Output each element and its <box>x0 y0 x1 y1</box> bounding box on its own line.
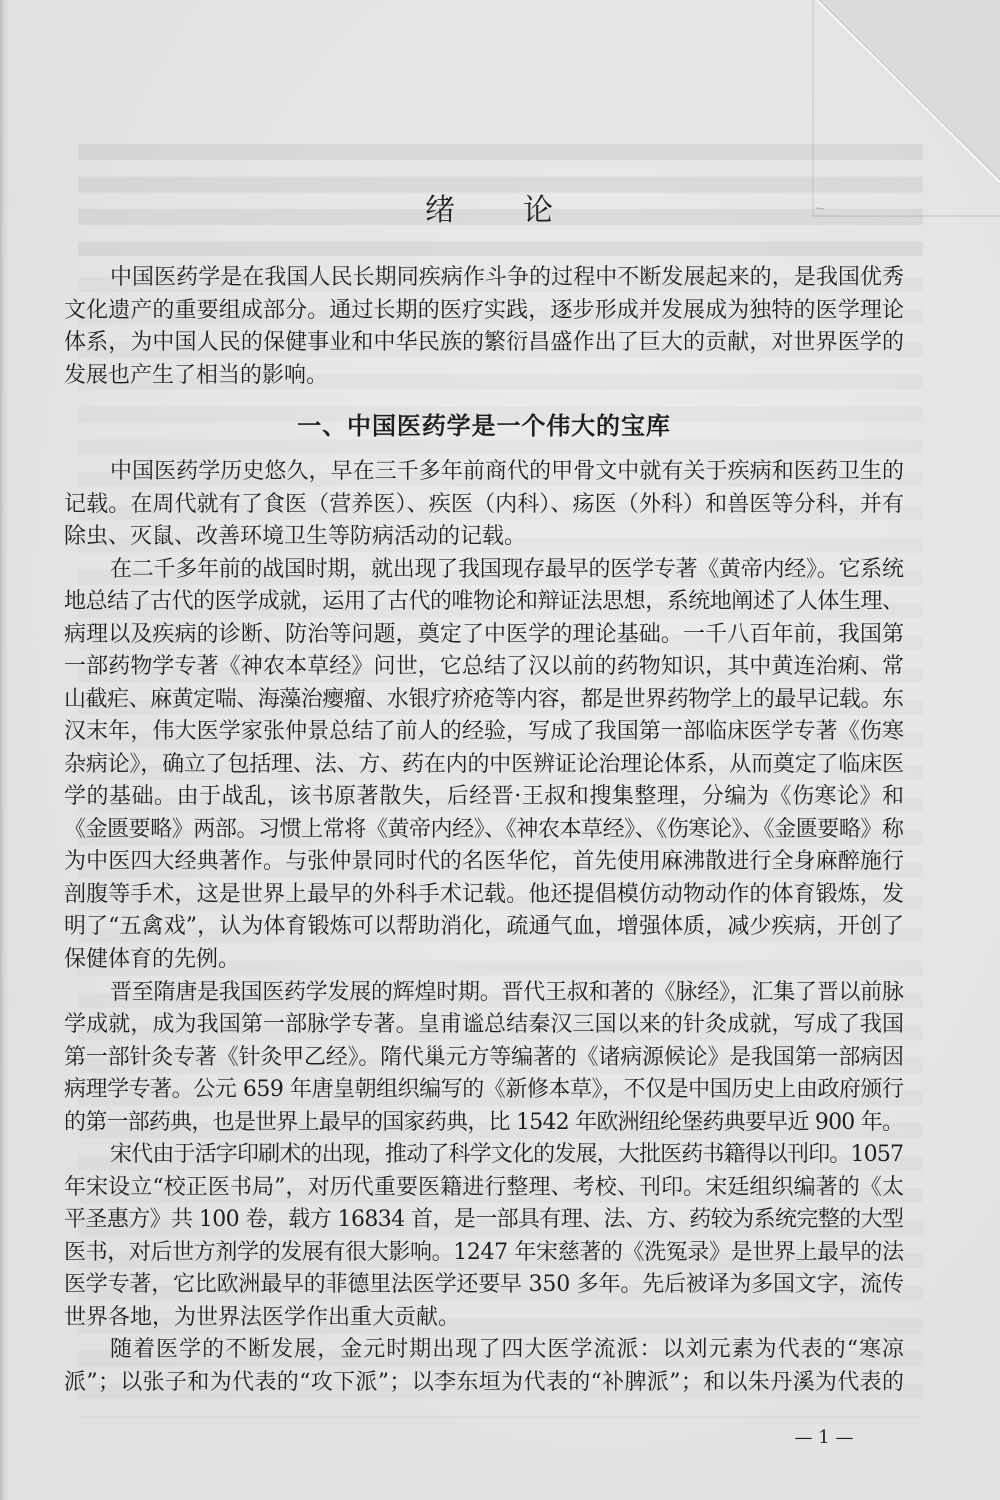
line-text: 年宋设立“校正医书局”，对历代重要医籍进行整理、考校、刊印。宋廷组织编著的《太 <box>64 1172 904 1205</box>
line-text: 第一部针灸专著《针灸甲乙经》。隋代巢元方等编著的《诸病源候论》是我国第一部病因 <box>64 1042 904 1075</box>
text-line: 医书，对后世方剂学的发展有很大影响。1247 年宋慈著的《洗冤录》是世界上最早的… <box>64 1237 904 1270</box>
body-paragraph: 中国医药学历史悠久，早在三千多年前商代的甲骨文中就有关于疾病和医药卫生的 记载。… <box>64 456 904 554</box>
text-line: 保健体育的先例。 <box>64 944 904 977</box>
line-text: 派”；以张子和为代表的“攻下派”；以李东垣为代表的“补脾派”；和以朱丹溪为代表的 <box>64 1367 904 1400</box>
line-text: 剖腹等手术，这是世界上最早的外科手术记载。他还提倡模仿动物动作的体育锻炼，发 <box>64 879 904 912</box>
line-text: 杂病论》，确立了包括理、法、方、药在内的中医辨证论治理论体系，从而奠定了临床医 <box>64 749 904 782</box>
text-line: 剖腹等手术，这是世界上最早的外科手术记载。他还提倡模仿动物动作的体育锻炼，发 <box>64 879 904 912</box>
line-text: 病理学专著。公元 659 年唐皇朝组织编写的《新修本草》，不仅是中国历史上由政府… <box>64 1074 904 1107</box>
text-line: 病理以及疾病的诊断、防治等问题，奠定了中医学的理论基础。一千八百年前，我国第 <box>64 619 904 652</box>
text-line: 为中医四大经典著作。与张仲景同时代的名医华佗，首先使用麻沸散进行全身麻醉施行 <box>64 846 904 879</box>
text-line: 学成就，成为我国第一部脉学专著。皇甫谧总结秦汉三国以来的针灸成就，写成了我国 <box>64 1009 904 1042</box>
line-text: 学成就，成为我国第一部脉学专著。皇甫谧总结秦汉三国以来的针灸成就，写成了我国 <box>64 1009 904 1042</box>
text-line: 学的基础。由于战乱，该书原著散失，后经晋·王叔和搜集整理，分编为《伤寒论》和 <box>64 781 904 814</box>
text-line: 医学专著，它比欧洲最早的菲德里法医学还要早 350 多年。先后被译为多国文字，流… <box>64 1269 904 1302</box>
text-line: 《金匮要略》两部。习惯上常将《黄帝内经》、《神农本草经》、《伤寒论》、《金匮要略… <box>64 814 904 847</box>
intro-paragraph: 中国医药学是在我国人民长期同疾病作斗争的过程中不断发展起来的，是我国优秀 文化遗… <box>64 262 904 392</box>
text-line: 杂病论》，确立了包括理、法、方、药在内的中医辨证论治理论体系，从而奠定了临床医 <box>64 749 904 782</box>
text-line: 发展也产生了相当的影响。 <box>64 360 904 393</box>
text-line: 记载。在周代就有了食医（营养医）、疾医（内科）、疡医（外科）和兽医等分科，并有 <box>64 489 904 522</box>
text-line: 体系，为中国人民的保健事业和中华民族的繁衍昌盛作出了巨大的贡献，对世界医学的 <box>64 327 904 360</box>
page-title: 绪 论 <box>425 196 572 226</box>
section-heading: 一、中国医药学是一个伟大的宝库 <box>64 413 904 439</box>
line-text: 宋代由于活字印刷术的出现，推动了科学文化的发展，大批医药书籍得以刊印。1057 <box>110 1139 903 1172</box>
line-text: 一部药物学专著《神农本草经》问世，它总结了汉以前的药物知识，其中黄连治痢、常 <box>64 651 904 684</box>
line-text: 文化遗产的重要组成部分。通过长期的医疗实践，逐步形成并发展成为独特的医学理论 <box>64 295 904 328</box>
line-text: 世界各地，为世界法医学作出重大贡献。 <box>64 1302 460 1335</box>
line-text: 除虫、灭鼠、改善环境卫生等防病活动的记载。 <box>64 521 526 554</box>
line-text: 发展也产生了相当的影响。 <box>64 360 328 393</box>
line-text: 汉末年，伟大医学家张仲景总结了前人的经验，写成了我国第一部临床医学专著《伤寒 <box>64 716 904 749</box>
line-text: 学的基础。由于战乱，该书原著散失，后经晋·王叔和搜集整理，分编为《伤寒论》和 <box>64 781 905 814</box>
text-line: 晋至隋唐是我国医药学发展的辉煌时期。晋代王叔和著的《脉经》，汇集了晋以前脉 <box>64 977 904 1010</box>
text-line: 病理学专著。公元 659 年唐皇朝组织编写的《新修本草》，不仅是中国历史上由政府… <box>64 1074 904 1107</box>
line-text: 医学专著，它比欧洲最早的菲德里法医学还要早 350 多年。先后被译为多国文字，流… <box>64 1269 904 1302</box>
text-line: 的第一部药典，也是世界上最早的国家药典，比 1542 年欧洲纽纶堡药典要早近 9… <box>64 1107 904 1140</box>
line-text: 病理以及疾病的诊断、防治等问题，奠定了中医学的理论基础。一千八百年前，我国第 <box>64 619 904 652</box>
text-line: 明了“五禽戏”，认为体育锻炼可以帮助消化，疏通气血，增强体质，减少疾病，开创了 <box>64 911 904 944</box>
line-text: 中国医药学历史悠久，早在三千多年前商代的甲骨文中就有关于疾病和医药卫生的 <box>110 456 904 489</box>
text-line: 中国医药学是在我国人民长期同疾病作斗争的过程中不断发展起来的，是我国优秀 <box>64 262 904 295</box>
line-text: 医书，对后世方剂学的发展有很大影响。1247 年宋慈著的《洗冤录》是世界上最早的… <box>64 1237 904 1270</box>
text-line: 中国医药学历史悠久，早在三千多年前商代的甲骨文中就有关于疾病和医药卫生的 <box>64 456 904 489</box>
page-number: — 1 — <box>788 1427 860 1449</box>
section-body: 中国医药学历史悠久，早在三千多年前商代的甲骨文中就有关于疾病和医药卫生的 记载。… <box>64 456 904 1399</box>
text-line: 在二千多年前的战国时期，就出现了我国现存最早的医学专著《黄帝内经》。它系统 <box>64 554 904 587</box>
line-text: 体系，为中国人民的保健事业和中华民族的繁衍昌盛作出了巨大的贡献，对世界医学的 <box>64 327 904 360</box>
text-line: 派”；以张子和为代表的“攻下派”；以李东垣为代表的“补脾派”；和以朱丹溪为代表的 <box>64 1367 904 1400</box>
text-line: 地总结了古代的医学成就，运用了古代的唯物论和辩证法思想，系统地阐述了人体生理、 <box>64 586 904 619</box>
body-paragraph: 宋代由于活字印刷术的出现，推动了科学文化的发展，大批医药书籍得以刊印。1057 … <box>64 1139 904 1334</box>
text-line: 一部药物学专著《神农本草经》问世，它总结了汉以前的药物知识，其中黄连治痢、常 <box>64 651 904 684</box>
line-text: 晋至隋唐是我国医药学发展的辉煌时期。晋代王叔和著的《脉经》，汇集了晋以前脉 <box>110 977 904 1010</box>
line-text: 随着医学的不断发展，金元时期出现了四大医学流派：以刘元素为代表的“寒凉 <box>110 1334 905 1367</box>
line-text: 平圣惠方》共 100 卷，载方 16834 首，是一部具有理、法、方、药较为系统… <box>64 1204 903 1237</box>
text-line: 平圣惠方》共 100 卷，载方 16834 首，是一部具有理、法、方、药较为系统… <box>64 1204 904 1237</box>
line-text: 保健体育的先例。 <box>64 944 240 977</box>
text-line: 除虫、灭鼠、改善环境卫生等防病活动的记载。 <box>64 521 904 554</box>
body-paragraph: 晋至隋唐是我国医药学发展的辉煌时期。晋代王叔和著的《脉经》，汇集了晋以前脉 学成… <box>64 977 904 1140</box>
scanned-book-page: { "page": { "title": "绪 论", "intro": { "… <box>0 0 1000 1500</box>
text-line: 宋代由于活字印刷术的出现，推动了科学文化的发展，大批医药书籍得以刊印。1057 <box>64 1139 904 1172</box>
body-paragraph: 随着医学的不断发展，金元时期出现了四大医学流派：以刘元素为代表的“寒凉 派”；以… <box>64 1334 904 1399</box>
text-line: 文化遗产的重要组成部分。通过长期的医疗实践，逐步形成并发展成为独特的医学理论 <box>64 295 904 328</box>
text-line: 第一部针灸专著《针灸甲乙经》。隋代巢元方等编著的《诸病源候论》是我国第一部病因 <box>64 1042 904 1075</box>
text-line: 随着医学的不断发展，金元时期出现了四大医学流派：以刘元素为代表的“寒凉 <box>64 1334 904 1367</box>
line-text: 《金匮要略》两部。习惯上常将《黄帝内经》、《神农本草经》、《伤寒论》、《金匮要略… <box>64 814 904 847</box>
line-text: 在二千多年前的战国时期，就出现了我国现存最早的医学专著《黄帝内经》。它系统 <box>110 554 904 587</box>
line-text: 为中医四大经典著作。与张仲景同时代的名医华佗，首先使用麻沸散进行全身麻醉施行 <box>64 846 904 879</box>
text-line: 汉末年，伟大医学家张仲景总结了前人的经验，写成了我国第一部临床医学专著《伤寒 <box>64 716 904 749</box>
line-text: 记载。在周代就有了食医（营养医）、疾医（内科）、疡医（外科）和兽医等分科，并有 <box>64 489 904 522</box>
line-text: 的第一部药典，也是世界上最早的国家药典，比 1542 年欧洲纽纶堡药典要早近 9… <box>64 1107 903 1140</box>
text-line: 世界各地，为世界法医学作出重大贡献。 <box>64 1302 904 1335</box>
line-text: 山截疟、麻黄定喘、海藻治瘿瘤、水银疗疥疮等内容，都是世界药物学上的最早记载。东 <box>64 684 904 717</box>
body-paragraph: 在二千多年前的战国时期，就出现了我国现存最早的医学专著《黄帝内经》。它系统 地总… <box>64 554 904 977</box>
text-line: 年宋设立“校正医书局”，对历代重要医籍进行整理、考校、刊印。宋廷组织编著的《太 <box>64 1172 904 1205</box>
line-text: 明了“五禽戏”，认为体育锻炼可以帮助消化，疏通气血，增强体质，减少疾病，开创了 <box>64 911 904 944</box>
text-line: 山截疟、麻黄定喘、海藻治瘿瘤、水银疗疥疮等内容，都是世界药物学上的最早记载。东 <box>64 684 904 717</box>
line-text: 中国医药学是在我国人民长期同疾病作斗争的过程中不断发展起来的，是我国优秀 <box>110 262 904 295</box>
line-text: 地总结了古代的医学成就，运用了古代的唯物论和辩证法思想，系统地阐述了人体生理、 <box>64 586 904 619</box>
